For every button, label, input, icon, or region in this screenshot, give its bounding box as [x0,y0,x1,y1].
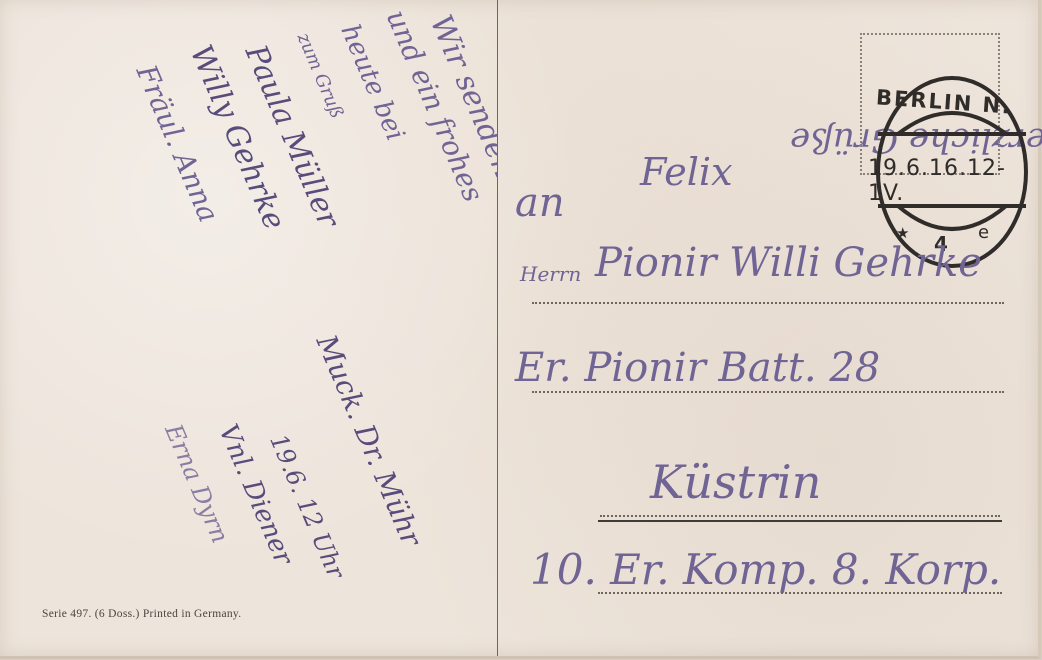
postcard-back: Wir senden Dir und ein frohes heute bei … [0,0,1041,659]
address-city: Küstrin [650,455,821,509]
address-dotted-line-2 [532,391,1004,393]
address-dotted-line-4 [598,592,1002,594]
address-line-4: 10. Er. Komp. 8. Korp. [530,545,1001,594]
address-dotted-line-3 [600,515,1000,517]
sender-scrawl: Felix [640,150,733,194]
address-dotted-line-1 [532,302,1004,304]
address-salutation: Herrn [520,262,581,286]
address-an: an [515,180,565,226]
postmark-date: 19.6.16.12-1V. [868,156,1030,206]
address-line-2: Er. Pionir Batt. 28 [515,345,880,391]
center-divider [497,0,498,656]
address-line-1: Pionir Willi Gehrke [595,240,982,286]
address-city-underline [598,520,1002,522]
publisher-imprint: Serie 497. (6 Doss.) Printed in Germany. [42,608,241,620]
handwritten-message-panel: Wir senden Dir und ein frohes heute bei … [0,0,497,656]
